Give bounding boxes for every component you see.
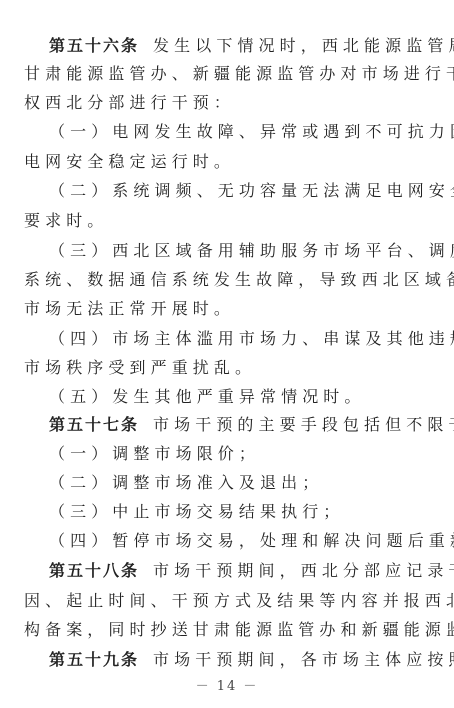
text-line: （三）中止市场交易结果执行；	[49, 502, 344, 522]
text-line: （五）发生其他严重异常情况时。	[49, 387, 366, 407]
text-line: （四）暂停市场交易，处理和解决问题后重新启动。	[49, 531, 454, 551]
article-heading: 第五十八条	[49, 561, 139, 580]
article-heading: 第五十九条	[49, 650, 139, 669]
article-heading: 第五十六条	[49, 36, 139, 55]
article-58-line-1: 第五十八条市场干预期间，西北分部应记录干预的起	[49, 561, 454, 581]
text-line: 系统、数据通信系统发生故障，导致西北区域备用辅助服务	[24, 270, 454, 290]
text-line: （四）市场主体滥用市场力、串谋及其他违规情况导致	[49, 329, 454, 349]
text-line: 权西北分部进行干预：	[24, 93, 235, 113]
text-line: （一）调整市场限价；	[49, 444, 260, 464]
page-number: － 14 －	[0, 675, 454, 694]
text-line: 甘肃能源监管办、新疆能源监管办对市场进行干预，也可授	[24, 64, 454, 84]
text-line: 市场无法正常开展时。	[24, 299, 235, 319]
text-line: （一）电网发生故障、异常或遇到不可抗力因素，影响	[49, 122, 454, 142]
text-line: 构备案，同时抄送甘肃能源监管办和新疆能源监管办。	[24, 620, 454, 640]
article-59-line-1: 第五十九条市场干预期间，各市场主体应按照电网调	[49, 650, 454, 670]
text-line: 电网安全稳定运行时。	[24, 152, 235, 172]
text-line: 因、起止时间、干预方式及结果等内容并报西北能源监管局	[24, 591, 454, 611]
text-line: （三）西北区域备用辅助服务市场平台、调度技术支持	[49, 241, 454, 261]
text-line: （二）调整市场准入及退出；	[49, 473, 323, 493]
article-56-line-1: 第五十六条发生以下情况时，西北能源监管局可会同	[49, 36, 454, 56]
article-57-line-1: 第五十七条市场干预的主要手段包括但不限于：	[49, 415, 454, 435]
text-line: 市场秩序受到严重扰乱。	[24, 358, 256, 378]
text-line: （二）系统调频、无功容量无法满足电网安全稳定运行	[49, 181, 454, 201]
text-line: 要求时。	[24, 211, 108, 231]
article-heading: 第五十七条	[49, 415, 139, 434]
